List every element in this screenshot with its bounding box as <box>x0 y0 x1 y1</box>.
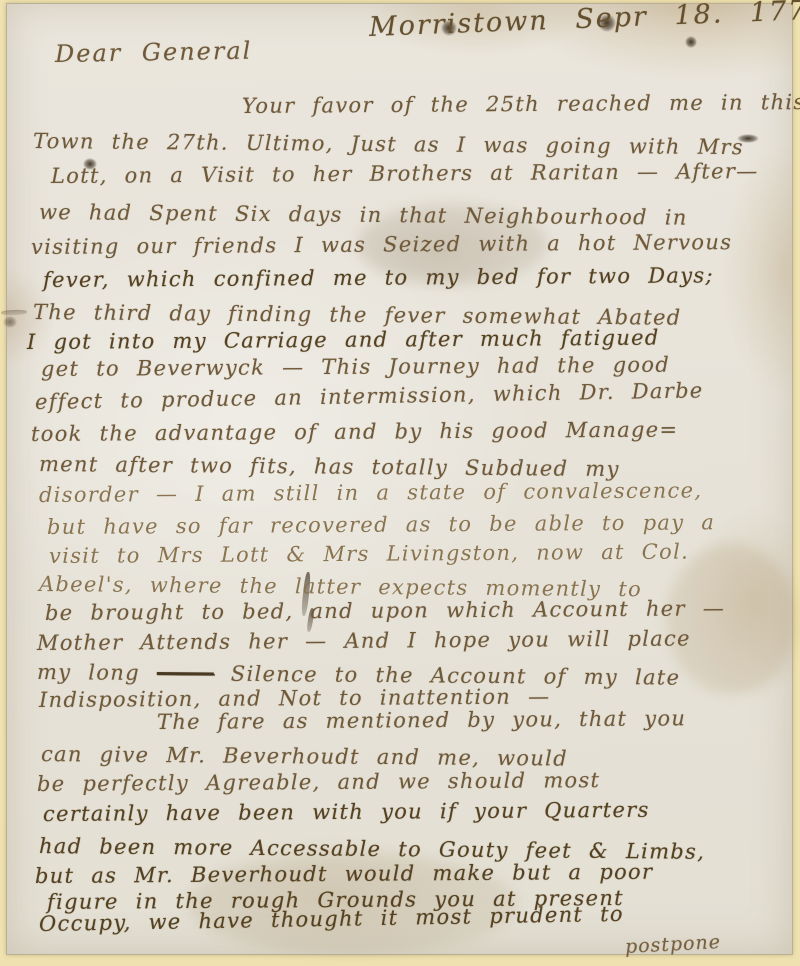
body-line: fever, which confined me to my bed for t… <box>43 263 714 292</box>
struck-out-word: ——— <box>157 661 214 685</box>
body-line: The fare as mentioned by you, that you <box>157 706 686 734</box>
body-line: but have so far recovered as to be able … <box>47 510 715 539</box>
body-line: get to Beverwyck — This Journey had the … <box>41 353 670 381</box>
body-line: visit to Mrs Lott & Mrs Livingston, now … <box>49 540 689 568</box>
strike-line-pre: my long <box>37 660 157 685</box>
rust-spot <box>3 316 17 328</box>
body-line: but as Mr. Beverhoudt would make but a p… <box>35 860 653 888</box>
dateline: Morristown Sepr 18. 1779 <box>368 0 800 43</box>
body-line: visiting our friends I was Seized with a… <box>31 230 732 259</box>
body-line: I got into my Carriage and after much fa… <box>27 326 660 354</box>
body-line: Mother Attends her — And I hope you will… <box>37 626 691 655</box>
body-line: be perfectly Agreable, and we should mos… <box>37 768 600 796</box>
salutation: Dear General <box>55 37 253 68</box>
body-line: we had Spent Six days in that Neighbourh… <box>39 200 688 230</box>
body-line: Your favor of the 25th reached me in thi… <box>242 90 800 118</box>
scanned-letter: Morristown Sepr 18. 1779 Dear General Yo… <box>0 0 800 966</box>
letter-page: Morristown Sepr 18. 1779 Dear General Yo… <box>6 3 793 955</box>
body-line: can give Mr. Beverhoudt and me, would <box>41 742 568 771</box>
body-line: took the advantage of and by his good Ma… <box>31 417 679 446</box>
body-line: effect to produce an intermission, which… <box>35 378 704 414</box>
body-line: Town the 27th. Ultimo, Just as I was goi… <box>33 129 744 159</box>
body-line: disorder — I am still in a state of conv… <box>39 478 702 507</box>
body-line: certainly have been with you if your Qua… <box>43 798 650 826</box>
body-line: ment after two fits, has totally Subdued… <box>39 452 620 481</box>
catchword: postpone <box>624 931 721 958</box>
ink-blot <box>685 36 697 48</box>
stray-mark <box>1 310 27 316</box>
body-line: Lott, on a Visit to her Brothers at Rari… <box>51 159 759 188</box>
body-line: be brought to bed, and upon which Accoun… <box>45 596 725 625</box>
